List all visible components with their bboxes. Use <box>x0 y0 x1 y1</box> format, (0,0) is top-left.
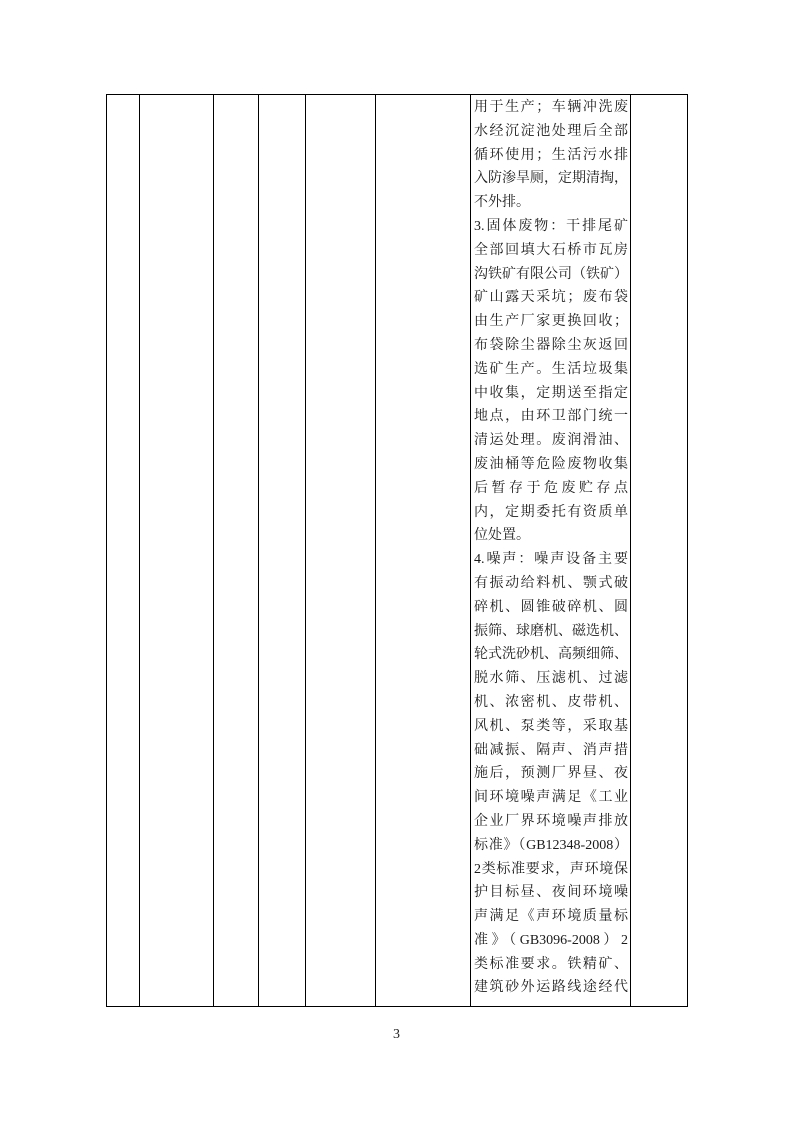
remark-line: 企业厂界环境噪声排放 <box>474 810 628 834</box>
remark-line: 水经沉淀池处理后全部 <box>474 120 628 144</box>
remark-line: 脱水筛、压滤机、过滤 <box>474 667 628 691</box>
remark-line: 废油桶等危险废物收集 <box>474 453 628 477</box>
remark-line: 声满足《声环境质量标 <box>474 905 628 929</box>
remark-line: 风机、泵类等，采取基 <box>474 715 628 739</box>
approval-table: 用于生产；车辆冲洗废水经沉淀池处理后全部循环使用；生活污水排入防渗旱厕，定期清掏… <box>106 94 688 1007</box>
remark-line: 位处置。 <box>474 524 628 548</box>
table-cell-empty-6 <box>376 95 471 1006</box>
remark-line: 不外排。 <box>474 191 628 215</box>
remark-line: 布袋除尘器除尘灰返回 <box>474 334 628 358</box>
remark-line: 矿山露天采坑；废布袋 <box>474 286 628 310</box>
remark-line: 间环境噪声满足《工业 <box>474 786 628 810</box>
table-cell-empty-8 <box>631 95 686 1006</box>
remark-line: 用于生产；车辆冲洗废 <box>474 96 628 120</box>
page-number: 3 <box>0 1027 793 1043</box>
remark-line: 内，定期委托有资质单 <box>474 501 628 525</box>
remark-line: 有振动给料机、颚式破 <box>474 572 628 596</box>
remark-line: 标准》（GB12348-2008） <box>474 834 628 858</box>
remark-line: 准》（GB3096-2008）2 <box>474 929 628 953</box>
remark-line: 3.固体废物：干排尾矿 <box>474 215 628 239</box>
remark-line: 础减振、隔声、消声措 <box>474 739 628 763</box>
table-cell-empty-4 <box>259 95 306 1006</box>
remark-line: 护目标昼、夜间环境噪 <box>474 881 628 905</box>
remark-line: 类标准要求。铁精矿、 <box>474 953 628 977</box>
remark-line: 由生产厂家更换回收； <box>474 310 628 334</box>
remark-line: 轮式洗砂机、高频细筛、 <box>474 643 628 667</box>
remark-line: 循环使用；生活污水排 <box>474 144 628 168</box>
remark-line: 选矿生产。生活垃圾集 <box>474 358 628 382</box>
table-cell-remarks: 用于生产；车辆冲洗废水经沉淀池处理后全部循环使用；生活污水排入防渗旱厕，定期清掏… <box>471 95 631 1006</box>
remark-line: 碎机、圆锥破碎机、圆 <box>474 596 628 620</box>
remark-line: 振筛、球磨机、磁选机、 <box>474 620 628 644</box>
table-cell-empty-3 <box>214 95 259 1006</box>
remark-line: 地点，由环卫部门统一 <box>474 405 628 429</box>
remark-text-block: 用于生产；车辆冲洗废水经沉淀池处理后全部循环使用；生活污水排入防渗旱厕，定期清掏… <box>474 96 628 1000</box>
remark-line: 建筑砂外运路线途经代 <box>474 976 628 1000</box>
table-cell-empty-1 <box>107 95 140 1006</box>
table-cell-empty-2 <box>140 95 214 1006</box>
remark-line: 清运处理。废润滑油、 <box>474 429 628 453</box>
remark-line: 全部回填大石桥市瓦房 <box>474 239 628 263</box>
table-cell-empty-5 <box>306 95 376 1006</box>
remark-line: 施后，预测厂界昼、夜 <box>474 762 628 786</box>
remark-line: 后暂存于危废贮存点 <box>474 477 628 501</box>
remark-line: 2类标准要求，声环境保 <box>474 858 628 882</box>
remark-line: 沟铁矿有限公司（铁矿） <box>474 263 628 287</box>
remark-line: 入防渗旱厕，定期清掏， <box>474 167 628 191</box>
remark-line: 中收集，定期送至指定 <box>474 382 628 406</box>
remark-line: 4.噪声：噪声设备主要 <box>474 548 628 572</box>
remark-line: 机、浓密机、皮带机、 <box>474 691 628 715</box>
